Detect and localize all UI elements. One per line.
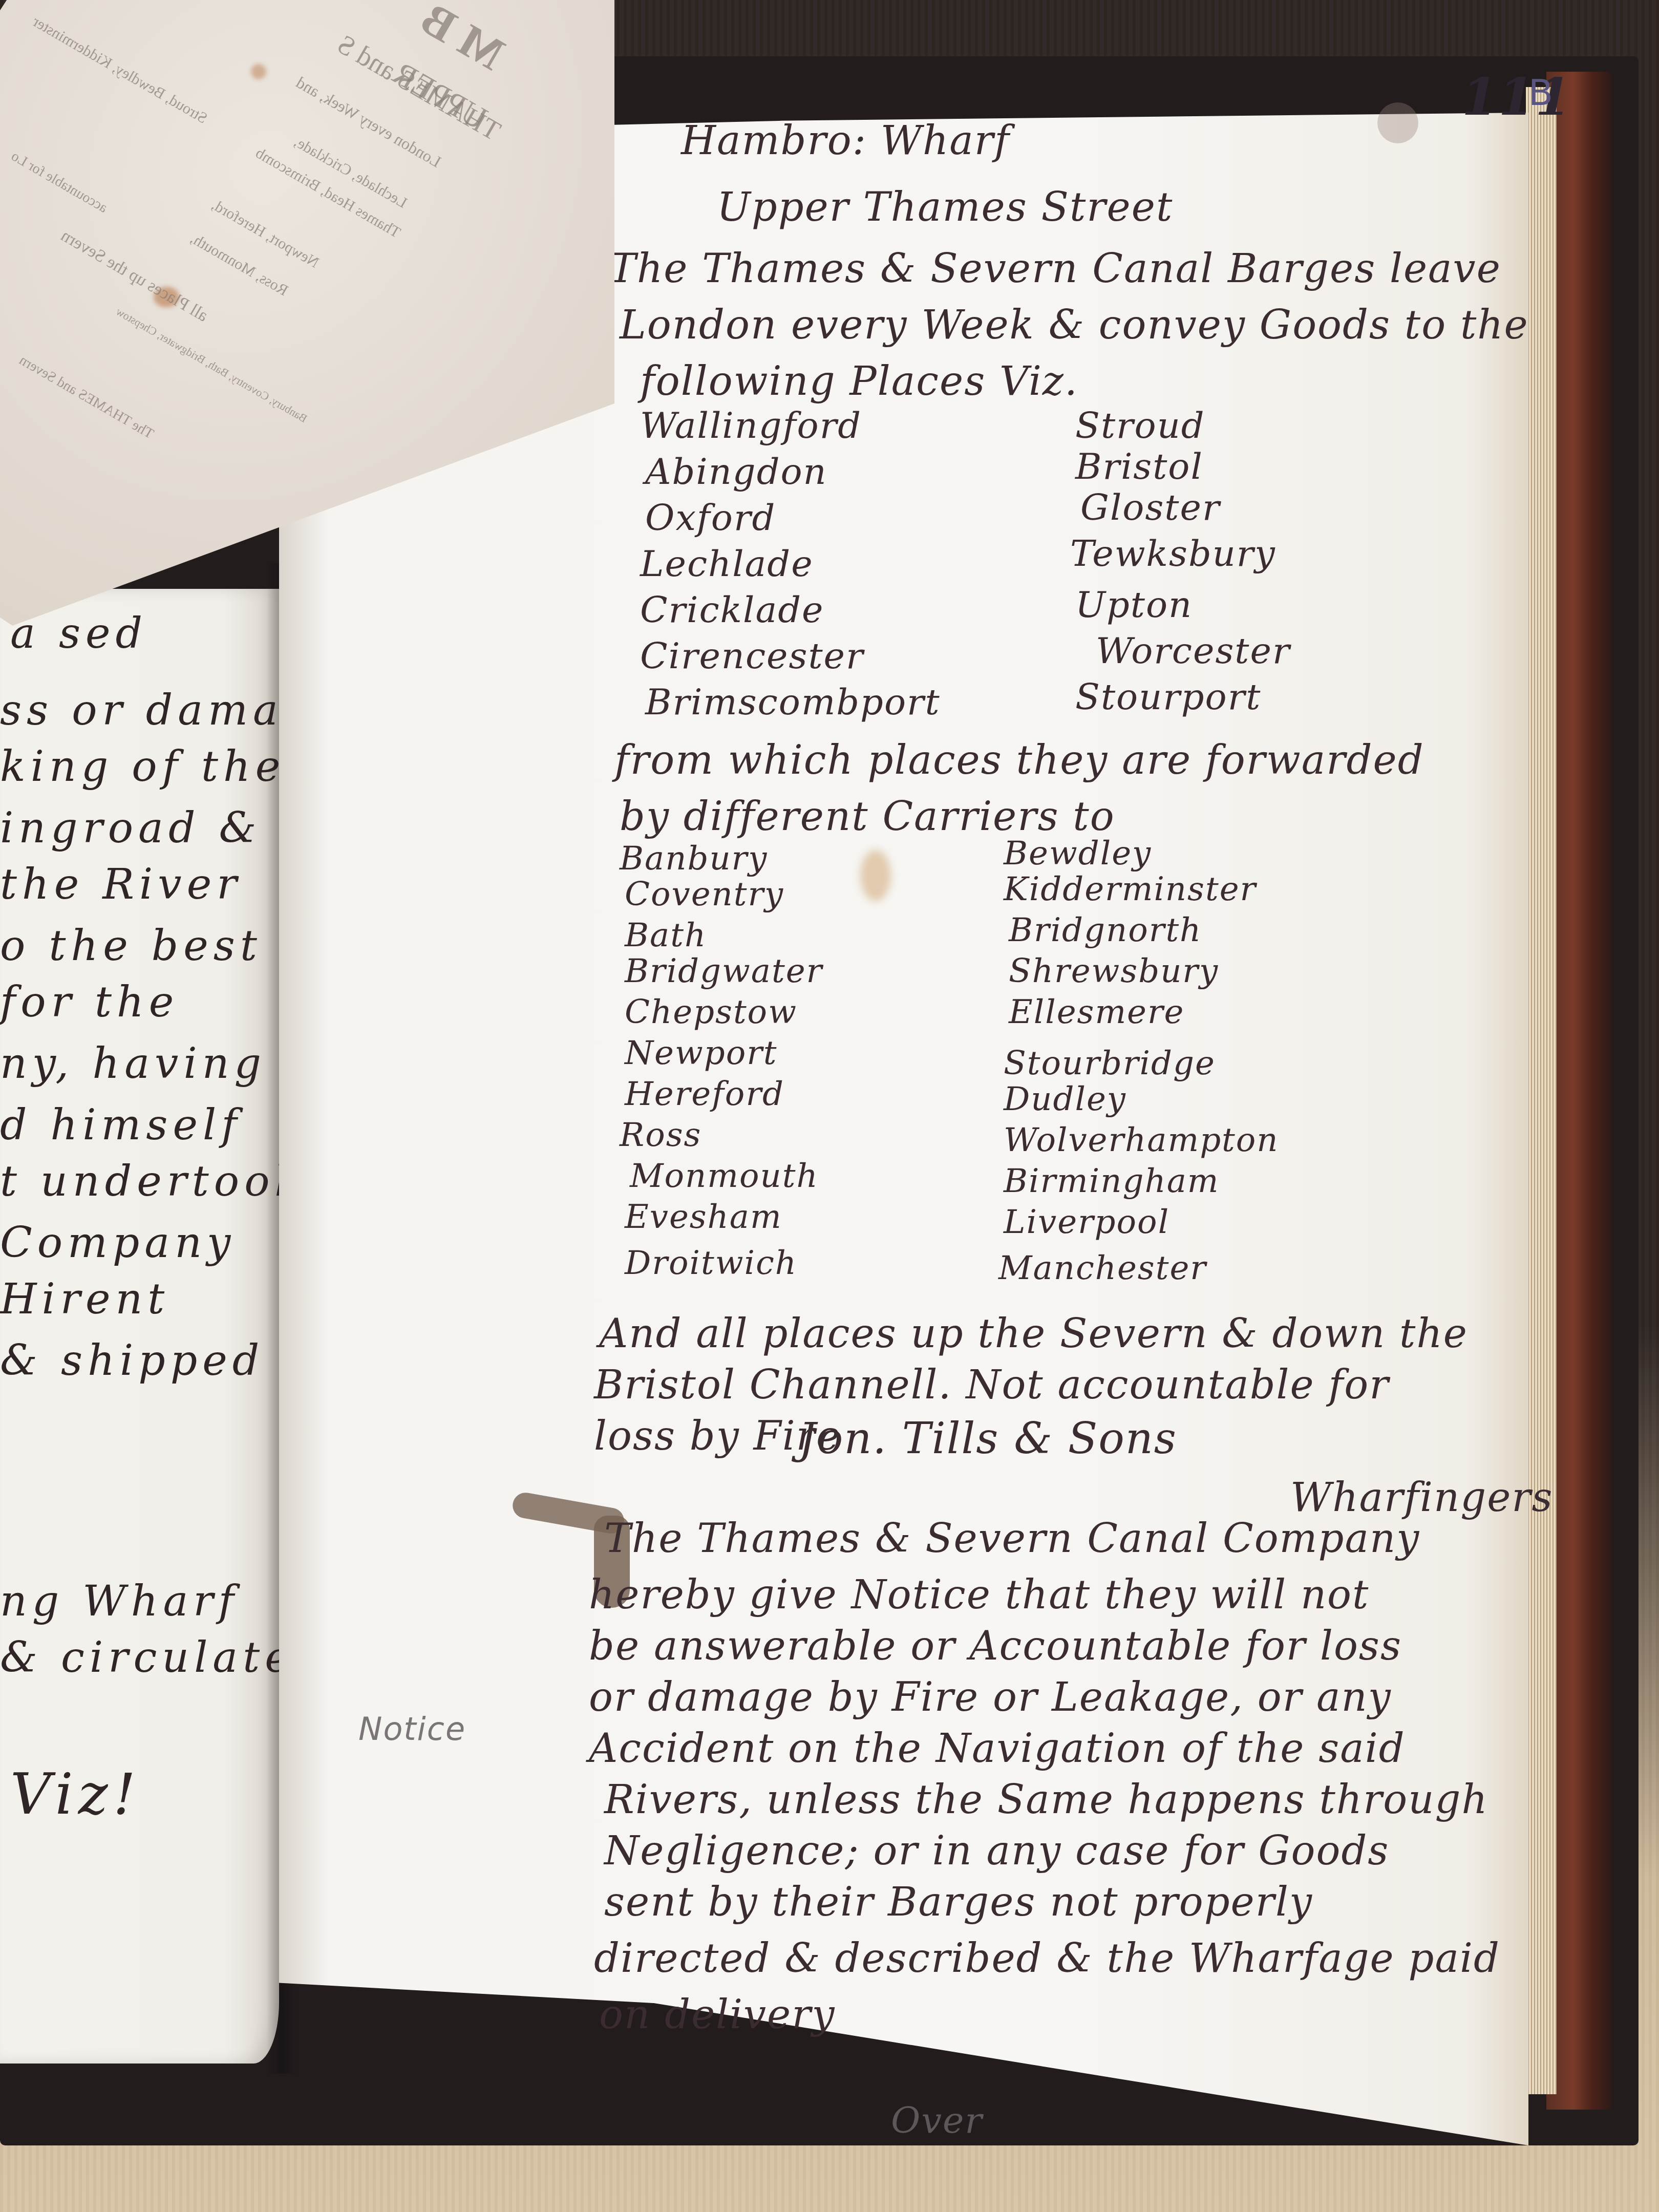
left-page: a sed ss or damage king of the ingroad &… [0, 589, 279, 2064]
left-line: o the best [0, 922, 262, 970]
closing-line: And all places up the Severn & down the [599, 1311, 1468, 1357]
forward-line: from which places they are forwarded [614, 737, 1424, 783]
notice-line: or damage by Fire or Leakage, or any [589, 1674, 1392, 1720]
place-item: Tewksbury [1070, 533, 1276, 575]
left-line: t undertook [0, 1157, 305, 1206]
carrier-place: Banbury [620, 840, 768, 878]
carrier-place: Monmouth [630, 1157, 819, 1195]
left-line: Viz! [10, 1761, 141, 1827]
heading-wharf: Hambro: Wharf [681, 118, 1010, 164]
left-line: d himself [0, 1101, 242, 1150]
footer-over: Over [891, 2099, 983, 2141]
carrier-place: Droitwich [625, 1244, 797, 1282]
closing-line: Bristol Channell. Not accountable for [594, 1362, 1390, 1408]
notice-line: Rivers, unless the Same happens through [604, 1777, 1488, 1823]
place-item: Wallingford [640, 405, 862, 446]
place-item: Stroud [1075, 405, 1205, 446]
clipping-paper [0, 0, 614, 742]
notice-line: sent by their Barges not properly [604, 1879, 1313, 1925]
newspaper-clipping: M B UPPER THAMES and S London every Week… [0, 0, 614, 742]
place-item: Oxford [645, 497, 776, 539]
foxing-stain [251, 64, 266, 79]
place-item: Upton [1075, 584, 1193, 626]
left-line: ingroad & [0, 804, 262, 853]
carrier-place: Stourbridge [1004, 1045, 1216, 1082]
place-item: Gloster [1080, 486, 1220, 528]
water-stain [1377, 102, 1418, 143]
notice-line: Negligence; or in any case for Goods [604, 1828, 1389, 1874]
place-item: Stourport [1075, 676, 1261, 718]
left-line: king of the [0, 742, 285, 791]
carrier-place: Bath [625, 917, 707, 954]
carrier-place: Birmingham [1004, 1162, 1220, 1200]
page-edges [1526, 87, 1557, 2094]
left-line: for the [0, 978, 179, 1027]
place-item: Brimscombport [645, 681, 941, 723]
intro-line: The Thames & Severn Canal Barges leave [609, 246, 1501, 292]
carrier-place: Evesham [625, 1198, 782, 1236]
carrier-place: Coventry [625, 876, 784, 913]
place-item: Bristol [1075, 445, 1203, 487]
notice-margin-label: Notice [358, 1710, 466, 1748]
place-item: Abingdon [645, 451, 827, 493]
carrier-place: Ellesmere [1009, 993, 1184, 1031]
heading-street: Upper Thames Street [717, 184, 1173, 230]
carrier-place: Wolverhampton [1004, 1121, 1279, 1159]
carrier-place: Hereford [625, 1075, 784, 1113]
left-line: ng Wharf [0, 1577, 239, 1626]
foxing-stain [860, 850, 891, 901]
place-item: Lechlade [640, 543, 814, 585]
carrier-place: Bridgnorth [1009, 911, 1202, 949]
carrier-place: Bridgwater [625, 952, 823, 990]
carrier-place: Dudley [1004, 1080, 1126, 1118]
carrier-place: Liverpool [1004, 1203, 1169, 1241]
place-item: Worcester [1096, 630, 1290, 672]
page-number: 111 [1462, 67, 1572, 127]
intro-line: London every Week & convey Goods to the [620, 302, 1529, 348]
notice-line: directed & described & the Wharfage paid [594, 1936, 1500, 1982]
carrier-place: Chepstow [625, 993, 797, 1031]
carrier-place: Newport [625, 1034, 777, 1072]
left-line: ny, having [0, 1039, 266, 1088]
intro-line: following Places Viz. [640, 358, 1078, 405]
notice-line: The Thames & Severn Canal Company [604, 1516, 1420, 1562]
carrier-place: Shrewsbury [1009, 952, 1219, 990]
notice-line: be answerable or Accountable for loss [589, 1623, 1402, 1669]
notice-line: on delivery [599, 1992, 836, 2038]
left-line: Hirent [0, 1275, 169, 1324]
carrier-place: Bewdley [1004, 835, 1152, 873]
signature: Jon. Tills & Sons [799, 1413, 1177, 1463]
page-number-suffix: B [1528, 72, 1554, 114]
place-item: Cirencester [640, 635, 864, 677]
carrier-place: Manchester [998, 1249, 1207, 1287]
signature-title: Wharfingers [1290, 1475, 1554, 1521]
forward-line: by different Carriers to [620, 794, 1115, 840]
left-line: Company [0, 1219, 236, 1267]
place-item: Cricklade [640, 589, 824, 631]
left-line: & shipped [0, 1336, 264, 1385]
notice-line: hereby give Notice that they will not [589, 1572, 1369, 1618]
left-line: the River [0, 860, 242, 909]
carrier-place: Ross [620, 1116, 701, 1154]
carrier-place: Kidderminster [1004, 870, 1257, 908]
notice-line: Accident on the Navigation of the said [589, 1726, 1406, 1772]
